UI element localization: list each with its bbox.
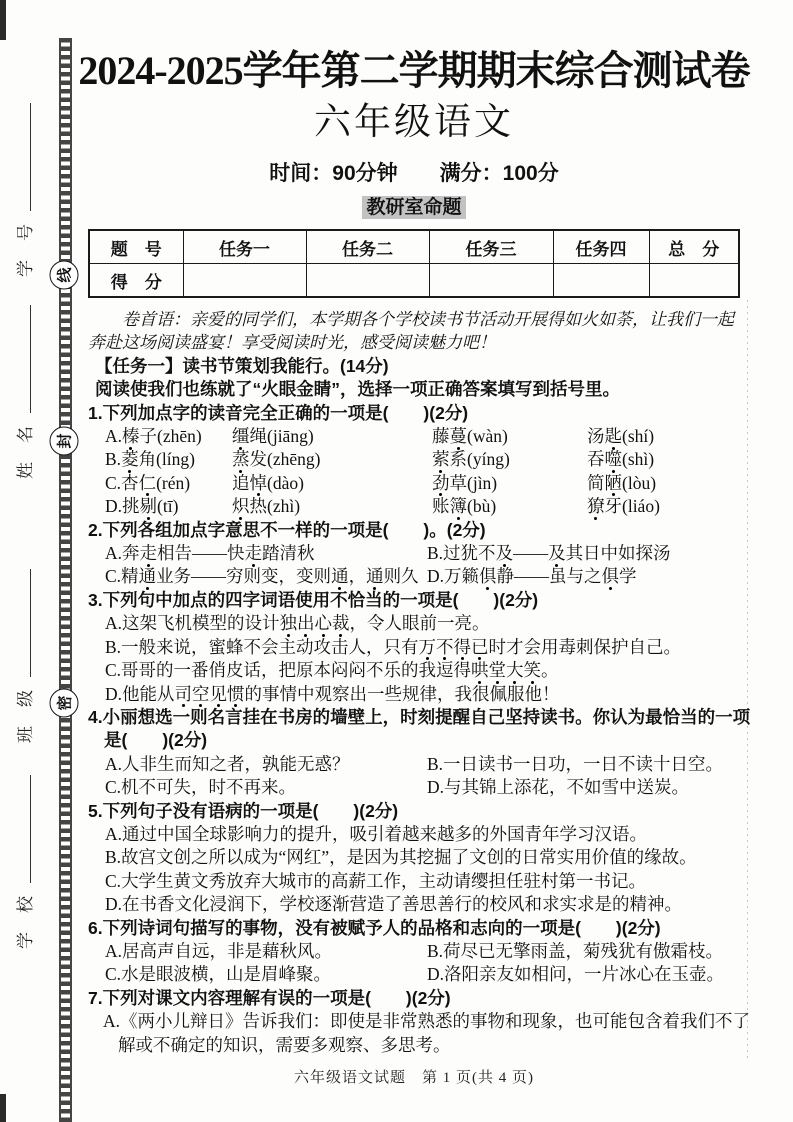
score-table: 题 号 任务一 任务二 任务三 任务四 总 分 得 分 <box>88 229 740 298</box>
score-cell <box>649 264 739 298</box>
question-1-options-row-b: B.菱角(líng) 蒸发(zhēng) 萦系(yíng) 吞噬(shì) <box>105 448 750 471</box>
option-cell: 萦系(yíng) <box>432 448 587 471</box>
score-header-cell: 题 号 <box>89 230 183 264</box>
option: A.通过中国全球影响力的提升，吸引着越来越多的外国青年学习汉语。 <box>105 823 750 846</box>
setter-badge: 教研室命题 <box>362 196 465 219</box>
score-table-header-row: 题 号 任务一 任务二 任务三 任务四 总 分 <box>89 230 739 264</box>
option: A.这架飞机模型的设计独出心裁，令人眼前一亮。 <box>105 612 750 635</box>
seal-stamp-mi: 密 <box>49 689 78 718</box>
scan-artifact <box>0 1094 6 1122</box>
question-6-stem: 6.下列诗词句描写的事物，没有被赋予人的品格和志向的一项是( )(2分) <box>88 917 754 940</box>
seal-field-label: 姓 名 <box>16 425 35 479</box>
seal-line-strip <box>59 38 72 1122</box>
option-cell: 账簿(bù) <box>432 495 587 518</box>
option-cell: C.杏仁(rén) <box>105 472 232 495</box>
subtitle: 六年级语文 <box>78 101 750 145</box>
option: A.人非生而知之者，孰能无惑？ <box>105 753 427 776</box>
option: B.一日读书一日功，一日不读十日空。 <box>427 753 750 776</box>
main-title: 2024-2025学年第二学期期末综合测试卷 <box>78 46 750 96</box>
seal-field-label: 班 级 <box>16 689 35 743</box>
seal-field-label: 学 号 <box>16 223 35 277</box>
preface: 卷首语：亲爱的同学们，本学期各个学校读书节活动开展得如火如荼，让我们一起奔赴这场… <box>88 308 740 355</box>
question-3-options: A.这架飞机模型的设计独出心裁，令人眼前一亮。 B.一般来说，蜜蜂不会主动攻击人… <box>105 612 750 706</box>
score-header-cell: 任务四 <box>553 230 649 264</box>
time-score-line: 时间：90分钟 满分：100分 <box>78 160 750 188</box>
question-2-options: A.奔走相告——快走踏清秋 B.过犹不及——及其日中如探汤 C.精通业务——穷则… <box>105 542 750 589</box>
student-id-blank <box>25 103 31 211</box>
question-1-options-row-a: A.榛子(zhēn) 缰绳(jiāng) 藤蔓(wàn) 汤匙(shí) <box>105 425 750 448</box>
score-header-cell: 任务一 <box>183 230 306 264</box>
badge-row: 教研室命题 <box>78 196 750 220</box>
option-cell: 吞噬(shì) <box>587 448 750 471</box>
seal-field-name: 姓 名 <box>13 305 39 479</box>
name-blank <box>25 305 31 413</box>
score-cell <box>429 264 553 298</box>
seal-stamp-feng: 封 <box>49 427 78 456</box>
option: D.他能从司空见惯的事情中观察出一些规律，我很佩服他！ <box>105 683 750 706</box>
option: B.故宫文创之所以成为“网红”，是因为其挖掘了文创的日常实用价值的缘故。 <box>105 846 750 869</box>
page-footer: 六年级语文试题 第 1 页(共 4 页) <box>78 1066 750 1087</box>
score-cell <box>553 264 649 298</box>
option-cell: 蒸发(zhēng) <box>232 448 432 471</box>
option: C.哥哥的一番俏皮话，把原本闷闷不乐的我逗得哄堂大笑。 <box>105 659 750 682</box>
seal-field-student-id: 学 号 <box>13 103 39 277</box>
option: B.一般来说，蜜蜂不会主动攻击人，只有万不得已时才会用毒刺保护自己。 <box>105 636 750 659</box>
question-4-options: A.人非生而知之者，孰能无惑？ B.一日读书一日功，一日不读十日空。 C.机不可… <box>105 753 750 800</box>
option: B.荷尽已无擎雨盖，菊残犹有傲霜枝。 <box>427 940 750 963</box>
seal-stamp-xian: 线 <box>49 261 78 290</box>
scan-artifact <box>0 0 6 40</box>
question-1-options-row-c: C.杏仁(rén) 追悼(dào) 劲草(jìn) 简陋(lòu) <box>105 472 750 495</box>
question-1-options-row-d: D.挑剔(tī) 炽热(zhì) 账簿(bù) 獠牙(liáo) <box>105 495 750 518</box>
option-cell: 缰绳(jiāng) <box>232 425 432 448</box>
question-1-stem: 1.下列加点字的读音完全正确的一项是( )(2分) <box>88 402 754 425</box>
option: A.居高声自远，非是藉秋风。 <box>105 940 427 963</box>
question-5-options: A.通过中国全球影响力的提升，吸引着越来越多的外国青年学习汉语。 B.故宫文创之… <box>105 823 750 917</box>
option-cell: 劲草(jìn) <box>432 472 587 495</box>
option: D.万籁俱静——虽与之俱学 <box>427 565 750 588</box>
score-row-label: 得 分 <box>89 264 183 298</box>
option-cell: 藤蔓(wàn) <box>432 425 587 448</box>
question-6-options: A.居高声自远，非是藉秋风。 B.荷尽已无擎雨盖，菊残犹有傲霜枝。 C.水是眼波… <box>105 940 750 987</box>
option-cell: A.榛子(zhēn) <box>105 425 232 448</box>
option: D.在书香文化浸润下，学校逐渐营造了善思善行的校风和求实求是的精神。 <box>105 893 750 916</box>
question-3-stem: 3.下列句中加点的四字词语使用不恰当的一项是( )(2分) <box>88 589 754 612</box>
question-5-stem: 5.下列句子没有语病的一项是( )(2分) <box>88 800 754 823</box>
seal-field-label: 学 校 <box>16 895 35 949</box>
option-cell: B.菱角(líng) <box>105 448 232 471</box>
class-blank <box>25 569 31 677</box>
option-cell: D.挑剔(tī) <box>105 495 232 518</box>
option-cell: 炽热(zhì) <box>232 495 432 518</box>
question-7-option-a: A.《两小儿辩日》告诉我们：即使是非常熟悉的事物和现象，也可能包含着我们不了解或… <box>103 1010 763 1057</box>
option: D.与其锦上添花，不如雪中送炭。 <box>427 776 750 799</box>
school-blank <box>25 775 31 883</box>
option-cell: 汤匙(shí) <box>587 425 750 448</box>
seal-field-class: 班 级 <box>13 569 39 743</box>
score-header-cell: 总 分 <box>649 230 739 264</box>
score-cell <box>306 264 429 298</box>
question-7-stem: 7.下列对课文内容理解有误的一项是( )(2分) <box>88 987 754 1010</box>
task1-heading: 【任务一】读书节策划我能行。(14分) <box>95 355 750 378</box>
option-cell: 追悼(dào) <box>232 472 432 495</box>
option: C.机不可失，时不再来。 <box>105 776 427 799</box>
question-4-stem: 4.小丽想选一则名言挂在书房的墙壁上，时刻提醒自己坚持读书。你认为最恰当的一项是… <box>88 706 754 753</box>
task1-intro: 阅读使我们也练就了“火眼金睛”，选择一项正确答案填写到括号里。 <box>95 378 750 401</box>
score-header-cell: 任务三 <box>429 230 553 264</box>
option: B.过犹不及——及其日中如探汤 <box>427 542 750 565</box>
score-table-score-row: 得 分 <box>89 264 739 298</box>
option: C.大学生黄文秀放弃大城市的高薪工作，主动请缨担任驻村第一书记。 <box>105 870 750 893</box>
option: C.水是眼波横，山是眉峰聚。 <box>105 963 427 986</box>
option: D.洛阳亲友如相问，一片冰心在玉壶。 <box>427 963 750 986</box>
question-2-stem: 2.下列各组加点字意思不一样的一项是( )。(2分) <box>88 519 754 542</box>
option: C.精通业务——穷则变，变则通，通则久 <box>105 565 427 588</box>
exam-page: 学 号 姓 名 班 级 学 校 线 封 密 2024-2025学年第二学期期末综… <box>0 0 793 1122</box>
option-cell: 简陋(lòu) <box>587 472 750 495</box>
option: A.奔走相告——快走踏清秋 <box>105 542 427 565</box>
score-header-cell: 任务二 <box>306 230 429 264</box>
option-cell: 獠牙(liáo) <box>587 495 750 518</box>
score-cell <box>183 264 306 298</box>
seal-field-school: 学 校 <box>13 775 39 949</box>
